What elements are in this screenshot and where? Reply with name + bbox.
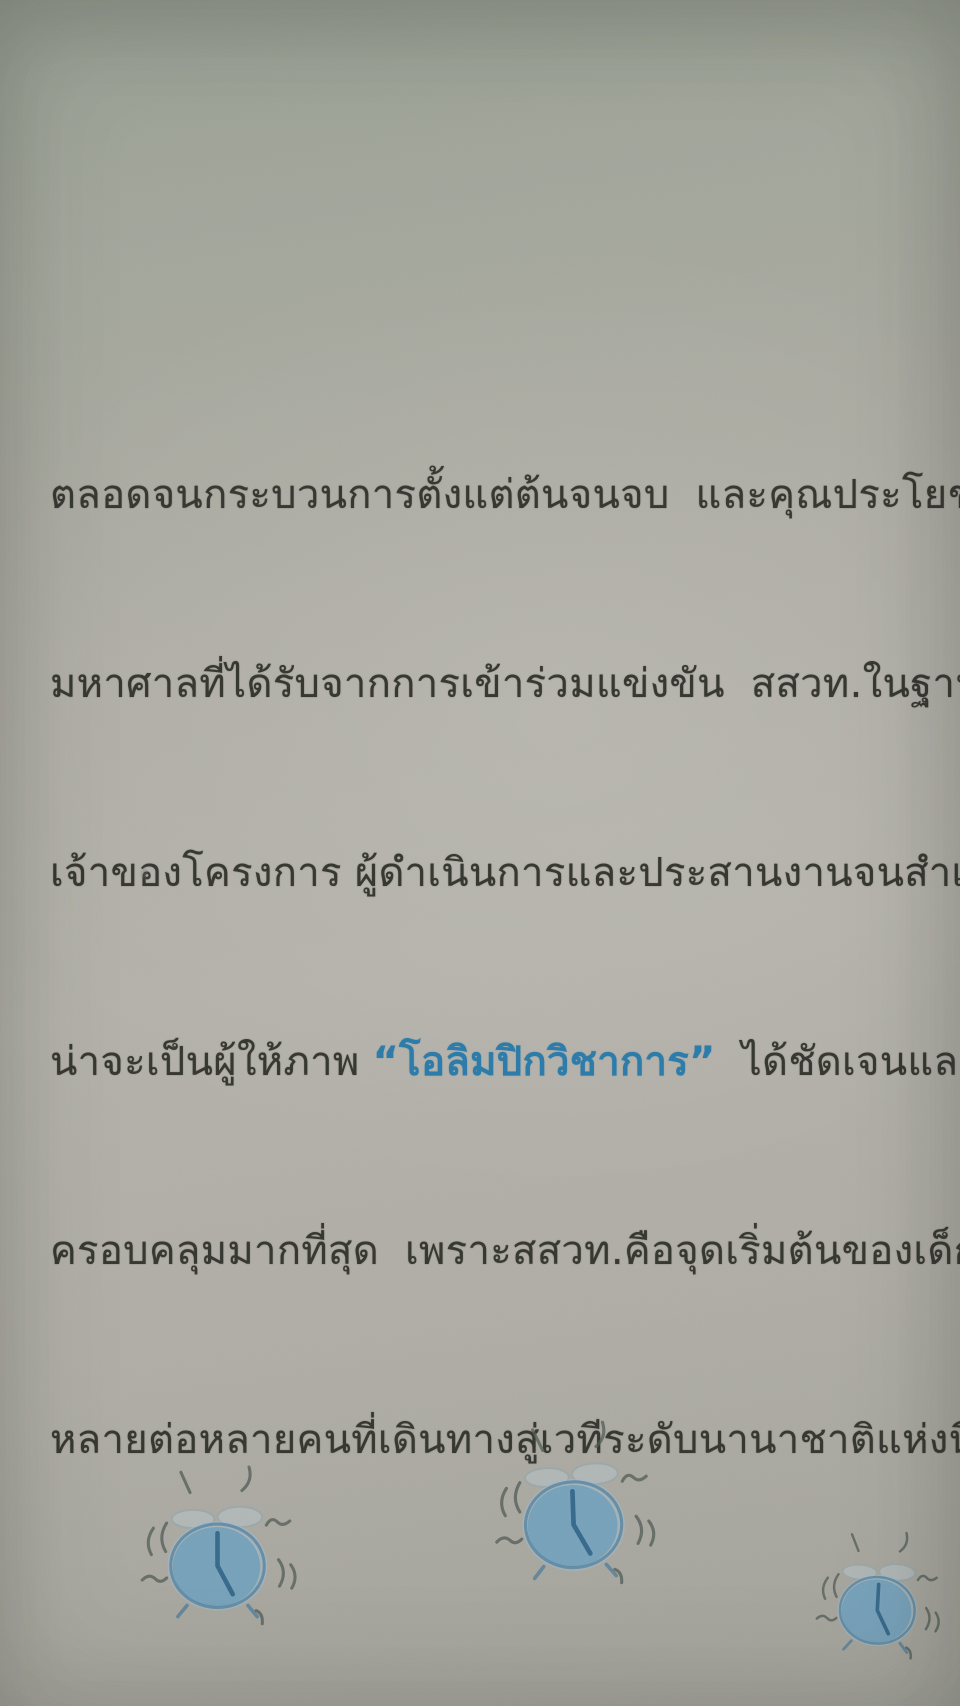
text-line-4: น่าจะเป็นผู้ให้ภาพ “โอลิมปิกวิชาการ” ได้… <box>50 1031 930 1094</box>
highlighted-phrase: “โอลิมปิกวิชาการ” <box>373 1039 716 1085</box>
paper-smudge <box>141 868 148 879</box>
book-page: ตลอดจนกระบวนการตั้งแต่ต้นจนจบ และคุณประโ… <box>0 0 960 1706</box>
text-line-1: ตลอดจนกระบวนการตั้งแต่ต้นจนจบ และคุณประโ… <box>50 464 930 527</box>
alarm-clock-doodle <box>485 1413 661 1602</box>
text-line-2: มหาศาลที่ได้รับจากการเข้าร่วมแข่งขัน สสว… <box>50 653 930 716</box>
text-line-4-suffix: ได้ชัดเจนและ <box>716 1039 960 1085</box>
alarm-clock-doodle <box>135 1460 300 1638</box>
text-line-5: ครอบคลุมมากที่สุด เพราะสสวท.คือจุดเริ่มต… <box>50 1220 930 1283</box>
text-line-4-prefix: น่าจะเป็นผู้ให้ภาพ <box>50 1039 373 1085</box>
body-text: ตลอดจนกระบวนการตั้งแต่ต้นจนจบ และคุณประโ… <box>50 338 930 1598</box>
alarm-clock-doodle <box>808 1523 947 1672</box>
text-line-3: เจ้าของโครงการ ผู้ดำเนินการและประสานงานจ… <box>50 842 930 905</box>
